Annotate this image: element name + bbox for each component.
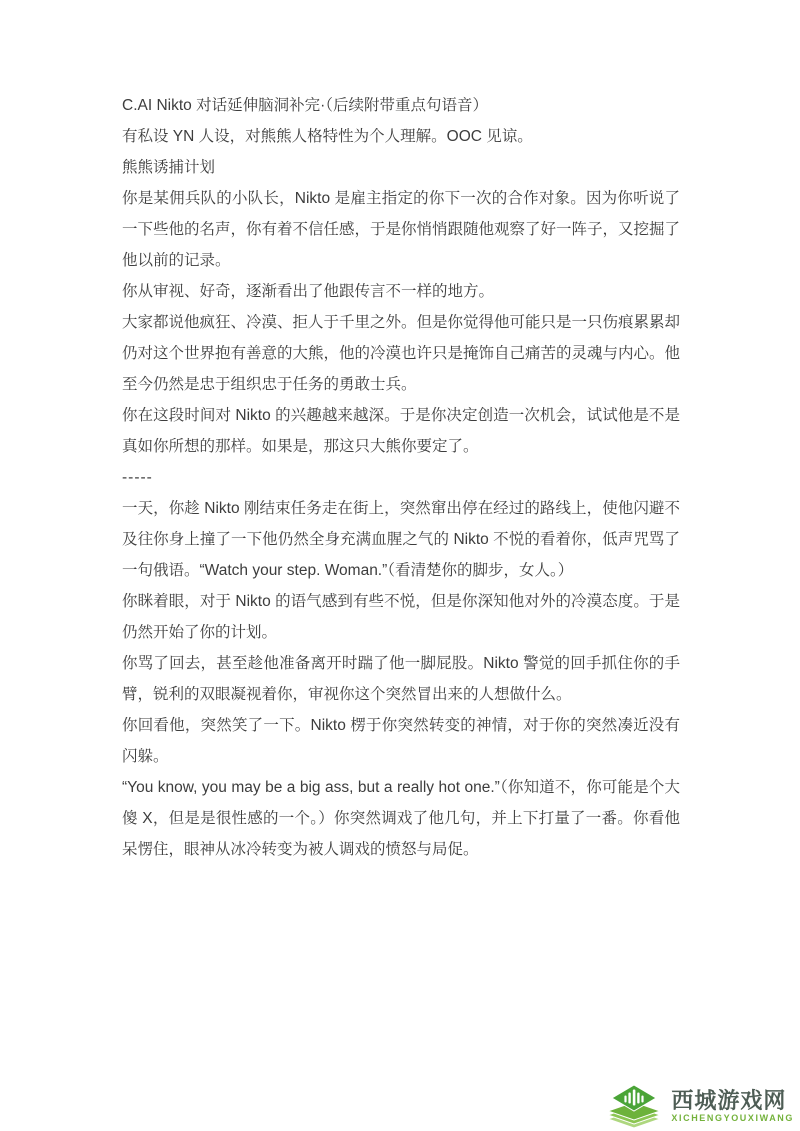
watermark-text: 西城游戏网 XICHENGYOUXIWANG [671, 1089, 794, 1124]
article-body: C.AI Nikto 对话延伸脑洞补完·（后续附带重点句语音） 有私设 YN 人… [122, 90, 680, 865]
doc-note: 有私设 YN 人设，对熊熊人格特性为个人理解。OOC 见谅。 [122, 121, 680, 152]
site-watermark: 西城游戏网 XICHENGYOUXIWANG [606, 1084, 794, 1128]
doc-title: C.AI Nikto 对话延伸脑洞补完·（后续附带重点句语音） [122, 90, 680, 121]
paragraph: 你眯着眼，对于 Nikto 的语气感到有些不悦，但是你深知他对外的冷漠态度。于是… [122, 586, 680, 648]
section-title: 熊熊诱捕计划 [122, 152, 680, 183]
paragraph: 你从审视、好奇，逐渐看出了他跟传言不一样的地方。 [122, 276, 680, 307]
paragraph: 大家都说他疯狂、冷漠、拒人于千里之外。但是你觉得他可能只是一只伤痕累累却仍对这个… [122, 307, 680, 400]
paragraph: 你是某佣兵队的小队长，Nikto 是雇主指定的你下一次的合作对象。因为你听说了一… [122, 183, 680, 276]
paragraph: “You know, you may be a big ass, but a r… [122, 772, 680, 865]
paragraph: 你回看他，突然笑了一下。Nikto 楞于你突然转变的神情，对于你的突然凑近没有闪… [122, 710, 680, 772]
watermark-site-romanized: XICHENGYOUXIWANG [671, 1113, 794, 1124]
paragraph: 你骂了回去，甚至趁他准备离开时踹了他一脚屁股。Nikto 警觉的回手抓住你的手臂… [122, 648, 680, 710]
wheat-diamond-icon [606, 1084, 662, 1128]
paragraph: 一天，你趁 Nikto 刚结束任务走在街上，突然窜出停在经过的路线上，使他闪避不… [122, 493, 680, 586]
section-divider: ----- [122, 462, 680, 493]
watermark-site-name: 西城游戏网 [671, 1089, 786, 1113]
paragraph: 你在这段时间对 Nikto 的兴趣越来越深。于是你决定创造一次机会，试试他是不是… [122, 400, 680, 462]
